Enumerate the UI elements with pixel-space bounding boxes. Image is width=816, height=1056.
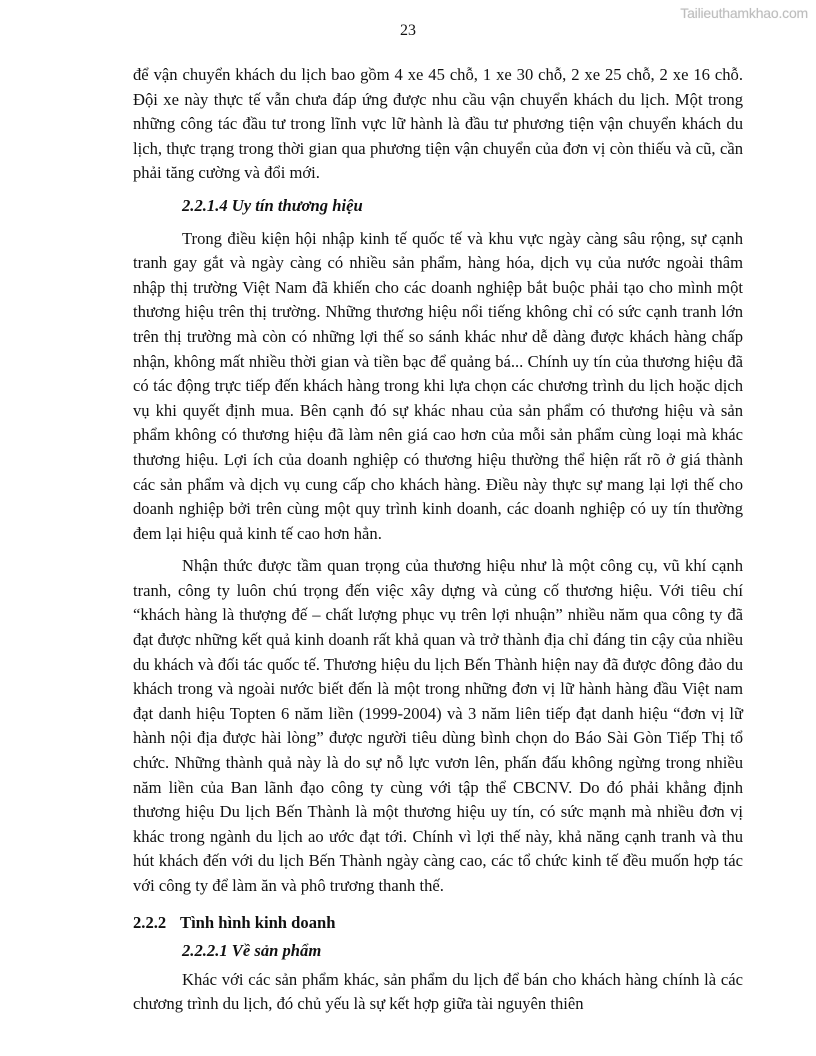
- heading-title: Tình hình kinh doanh: [180, 913, 335, 932]
- watermark: Tailieuthamkhao.com: [680, 5, 808, 21]
- paragraph-brand-reputation: Trong điều kiện hội nhập kinh tế quốc tế…: [133, 227, 743, 547]
- heading-2-2-2-1: 2.2.2.1 Về sản phẩm: [133, 939, 743, 964]
- document-page: Tailieuthamkhao.com 23 để vận chuyển khá…: [0, 0, 816, 1056]
- paragraph-vehicle-fleet: để vận chuyển khách du lịch bao gồm 4 xe…: [133, 63, 743, 186]
- heading-2-2-1-4: 2.2.1.4 Uy tín thương hiệu: [133, 194, 743, 219]
- paragraph-products: Khác với các sản phẩm khác, sản phẩm du …: [133, 968, 743, 1017]
- heading-number: 2.2.2: [133, 911, 180, 936]
- heading-2-2-2: 2.2.2Tình hình kinh doanh: [133, 911, 743, 936]
- page-body: để vận chuyển khách du lịch bao gồm 4 xe…: [133, 63, 743, 1017]
- page-number: 23: [0, 22, 816, 40]
- paragraph-brand-awareness: Nhận thức được tầm quan trọng của thương…: [133, 554, 743, 898]
